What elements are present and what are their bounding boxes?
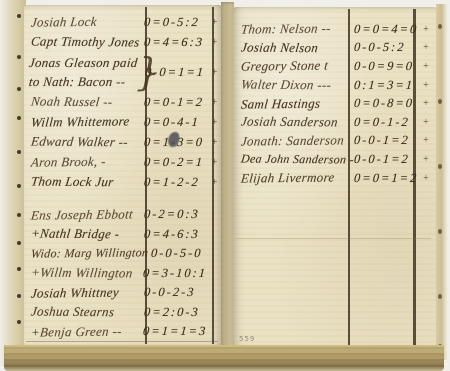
ledger-entry-row: +Nathl Bridge - 0=4-6:3 — [24, 225, 222, 245]
ledger-entry-row: Ens Joseph Ebbott 0-2=0:3 — [24, 205, 222, 225]
entry-check-mark: + — [207, 137, 222, 148]
stitch-hole — [17, 116, 21, 120]
ledger-entry-row: Josiah Nelson 0-0-5:2 + — [233, 39, 437, 58]
left-page-lower-entries: Ens Joseph Ebbott 0-2=0:3 +Nathl Bridge … — [24, 205, 222, 342]
entry-amount: 0=0-8=0 — [350, 96, 418, 111]
ledger-book: Josiah Lock 0=0-5:2 + Capt Timothy Jones… — [0, 0, 450, 371]
entry-check-mark: + — [418, 154, 434, 165]
entry-amount: 0=2:0-3 — [141, 305, 208, 320]
left-binding-edge — [0, 0, 26, 366]
entry-amount: 0-2=0:3 — [141, 207, 208, 222]
ledger-entry-row: Gregory Stone t 0-0=9=0 + — [233, 57, 437, 76]
entry-name: Thom Lock Jur — [23, 173, 142, 190]
stitch-hole — [17, 55, 21, 59]
entry-amount: 0=1=1=3 — [139, 324, 207, 339]
ledger-entry-row: Thom: Nelson -- 0=0=4=0 + — [233, 20, 437, 39]
entry-amount: 0=0-5:2 — [141, 15, 208, 30]
entry-name: Ens Joseph Ebbott — [23, 206, 142, 223]
stitch-hole — [17, 294, 21, 298]
bottom-page-edges — [4, 345, 444, 371]
edge-speck — [438, 24, 442, 29]
right-page-entries: Thom: Nelson -- 0=0=4=0 + Josiah Nelson … — [233, 20, 437, 187]
ledger-entry-row: Noah Russel -- 0=0-1=2 + — [24, 92, 222, 112]
entry-check-mark: + — [418, 80, 434, 91]
entry-amount: 0-0-5:2 — [350, 40, 418, 55]
entry-amount: 0-0-5-0 — [148, 246, 209, 261]
ledger-entry-row: Thom Lock Jur 0=1-2-2 + — [24, 172, 222, 192]
ledger-entry-row: Josiah Whittney 0-0-2-3 — [24, 283, 222, 303]
entry-name: Willm Whittemore — [23, 113, 142, 130]
entry-amount: 0-0=1=1 — [138, 65, 207, 80]
entry-check-mark: + — [418, 42, 434, 53]
entry-amount: 0-0=9=0 — [350, 59, 418, 74]
entry-check-mark: + — [418, 173, 434, 184]
entry-name: to Nath: Bacon -- — [28, 72, 140, 91]
stitch-hole — [17, 320, 21, 324]
entry-amount: 0=1-2-2 — [141, 175, 208, 190]
ledger-entry-row: Saml Hastings 0=0-8=0 + — [233, 94, 437, 113]
ledger-entry-row: Walter Dixon --- 0:1=3=1 + — [233, 76, 437, 95]
entry-name: Joshua Stearns — [23, 304, 142, 321]
entry-check-mark: + — [207, 97, 222, 108]
faint-horizontal-rule — [236, 238, 431, 239]
entry-name: Dea John Sanderson - — [232, 151, 352, 167]
entry-amount: 0=4=6:3 — [141, 35, 208, 50]
entry-name: Wido: Marg Willington — [23, 245, 149, 262]
stitch-hole — [17, 267, 21, 271]
entry-amount: 0=0-1-2 — [350, 115, 418, 130]
entry-check-mark: + — [418, 117, 434, 128]
entry-name: +Nathl Bridge - — [23, 226, 142, 243]
entry-name: Josiah Nelson — [232, 39, 352, 56]
ledger-entry-row: Edward Walker -- 0=1-3=0 + — [24, 132, 222, 152]
entry-name: Josiah Sanderson — [232, 114, 352, 131]
edge-speck — [438, 164, 442, 169]
ledger-entry-brace-row: Jonas Gleason paid to Nath: Bacon -- } 0… — [24, 52, 222, 92]
entry-amount: 0=3-10:1 — [140, 266, 208, 281]
entry-name: Josiah Whittney — [23, 284, 142, 301]
entry-name: Gregory Stone t — [232, 58, 352, 75]
ledger-entry-row: Jonath: Sanderson 0-0-1=2 + — [233, 132, 437, 151]
pencil-page-number: 559 — [239, 335, 255, 343]
entry-check-mark: + — [207, 37, 222, 48]
ledger-entry-row: +Willm Willington 0=3-10:1 — [24, 264, 222, 284]
stitch-hole — [17, 213, 21, 217]
ledger-entry-row: Joshua Stearns 0=2:0-3 — [24, 303, 222, 323]
ledger-entry-row: +Benja Green -- 0=1=1=3 — [24, 322, 222, 342]
entry-name: Capt Timothy Jones — [23, 33, 142, 50]
entry-name: Elijah Livermore — [232, 169, 352, 186]
edge-speck — [438, 229, 442, 234]
entry-name: Josiah Lock — [23, 13, 142, 30]
entry-name: Thom: Nelson -- — [232, 21, 352, 38]
entry-check-mark: + — [207, 157, 222, 168]
stitch-hole — [17, 184, 21, 188]
entry-amount: 0=0=1=2 — [350, 171, 418, 186]
stitch-hole — [17, 150, 21, 154]
stitch-hole — [17, 241, 21, 245]
right-page: Thom: Nelson -- 0=0=4=0 + Josiah Nelson … — [233, 7, 437, 349]
entry-amount: 0=4-6:3 — [141, 227, 208, 242]
entry-check-mark: + — [207, 177, 222, 188]
entry-check-mark: + — [207, 117, 222, 128]
entry-check-mark: + — [418, 61, 434, 72]
entry-amount: 0=0=4=0 — [350, 22, 418, 37]
entry-amount: 0=0-4-1 — [141, 115, 208, 130]
brace-entry-names: Jonas Gleason paid to Nath: Bacon -- — [24, 53, 139, 91]
ledger-entry-row: Josiah Sanderson 0=0-1-2 + — [233, 113, 437, 132]
entry-name: Walter Dixon --- — [232, 77, 352, 94]
entry-check-mark: + — [207, 17, 222, 28]
entry-name: Noah Russel -- — [23, 93, 142, 110]
entry-amount: 0-0-1=2 — [350, 133, 418, 148]
entry-name: Aron Brook, - — [23, 153, 142, 170]
ledger-entry-row: Willm Whittemore 0=0-4-1 + — [24, 112, 222, 132]
ledger-entry-row: Wido: Marg Willington 0-0-5-0 — [24, 244, 222, 264]
entry-amount: 0:1=3=1 — [350, 78, 418, 93]
entry-check-mark: + — [207, 67, 222, 78]
right-page-edge — [436, 4, 448, 360]
left-page: Josiah Lock 0=0-5:2 + Capt Timothy Jones… — [24, 5, 222, 346]
entry-amount: 0=0-1=2 — [141, 95, 208, 110]
entry-name: +Benja Green -- — [23, 323, 141, 340]
ledger-entry-row: Josiah Lock 0=0-5:2 + — [24, 12, 222, 32]
entry-name: Jonas Gleason paid — [28, 53, 140, 72]
entry-check-mark: + — [418, 24, 434, 35]
ledger-entry-row: Capt Timothy Jones 0=4=6:3 + — [24, 32, 222, 52]
left-page-upper-entries: Josiah Lock 0=0-5:2 + Capt Timothy Jones… — [24, 12, 222, 192]
entry-name: +Willm Willington — [23, 265, 141, 282]
entry-amount: 0-0-2-3 — [141, 285, 208, 300]
entry-name: Edward Walker -- — [23, 133, 142, 150]
stitch-hole — [17, 87, 21, 91]
entry-amount: 0=1-3=0 — [141, 135, 208, 150]
ink-blot — [168, 132, 180, 147]
edge-speck — [438, 99, 442, 104]
entry-check-mark: + — [418, 135, 434, 146]
ledger-entry-row: Aron Brook, - 0=0-2=1 + — [24, 152, 222, 172]
entry-amount: 0=0-2=1 — [141, 155, 208, 170]
ledger-entry-row: Elijah Livermore 0=0=1=2 + — [233, 169, 437, 188]
edge-speck — [438, 294, 442, 299]
entry-name: Jonath: Sanderson — [232, 132, 352, 149]
entry-name: Saml Hastings — [232, 95, 352, 112]
entry-check-mark: + — [418, 98, 434, 109]
ledger-entry-row: Dea John Sanderson - 0-0-1=2 + — [233, 150, 437, 169]
entry-amount: 0-0-1=2 — [350, 152, 418, 167]
stitch-hole — [17, 14, 21, 18]
